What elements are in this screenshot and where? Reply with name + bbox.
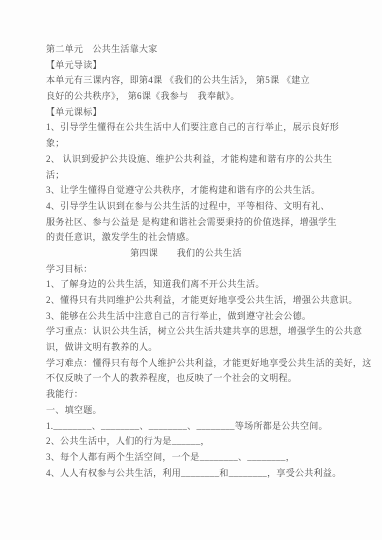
unit-standard-line: 1、引导学生懂得在公共生活中人们要注意自己的言行举止，展示良好形	[46, 120, 376, 136]
unit-standard-line: 服务社区、参与公益是 是构建和谐社会需要秉持的价值选择，增强学生	[46, 215, 376, 231]
unit-standard-line: 的责任意识，激发学生的社会情感。	[46, 230, 376, 246]
unit-standard-line: 活；	[46, 168, 376, 184]
unit-standard-line: 象；	[46, 136, 376, 152]
unit-intro-line: 本单元有三课内容，即第4课 《我们的公共生活》， 第5课 《建立	[46, 73, 376, 89]
unit-title: 第二单元 公共生活靠大家	[46, 42, 376, 58]
document-page: 第二单元 公共生活靠大家 【单元导读】 本单元有三课内容，即第4课 《我们的公共…	[0, 0, 382, 540]
fill-blank-item: 4、人人有权参与公共生活，利用________和________，享受公共利益。	[46, 466, 376, 482]
exercise-section-header: 一、填空题。	[46, 403, 376, 419]
key-point-line: 学习重点：认识公共生活，树立公共生活共建共享的思想，增强学生的公共意	[46, 324, 376, 340]
unit-standard-line: 4、引导学生认识到在参与公共生活的过程中，平等相待、文明有礼、	[46, 199, 376, 215]
lesson-title: 第四课 我们的公共生活	[46, 246, 326, 262]
difficult-point-line: 不仅反映了一个人的教养程度，也反映了一个社会的文明程。	[46, 371, 376, 387]
unit-standard-header: 【单元课标】	[46, 105, 376, 121]
fill-blank-item: 2、公共生活中，人们的行为是______，	[46, 434, 376, 450]
unit-standard-line: 2、 认识到爱护公共设施、维护公共利益，才能构建和谐有序的公共生	[46, 152, 376, 168]
objective-line: 2、懂得只有共同维护公共利益，才能更好地享受公共生活，增强公共意识。	[46, 293, 376, 309]
objectives-header: 学习目标：	[46, 262, 376, 278]
unit-standard-line: 3、让学生懂得自觉遵守公共秩序，才能构建和谐有序的公共生活。	[46, 183, 376, 199]
difficult-point-line: 学习难点：懂得只有每个人维护公共利益，才能更好地享受公共生活的美好，这	[46, 356, 376, 372]
unit-intro-header: 【单元导读】	[46, 58, 376, 74]
fill-blank-item: 3、每个人都有两个生活空间，一个是________、________，	[46, 450, 376, 466]
unit-intro-line: 良好的公共秩序》， 第6课《我参与 我奉献》。	[46, 89, 376, 105]
objective-line: 1、了解身边的公共生活，知道我们离不开公共生活。	[46, 277, 376, 293]
document-content: 第二单元 公共生活靠大家 【单元导读】 本单元有三课内容，即第4课 《我们的公共…	[46, 42, 376, 481]
i-can-header: 我能行：	[46, 387, 376, 403]
key-point-line: 识，做讲文明有教养的人。	[46, 340, 376, 356]
objective-line: 3、能够在公共生活中注意自己的言行举止，做到遵守社会公德。	[46, 309, 376, 325]
fill-blank-item: 1.________、________、________、________等场所…	[46, 419, 376, 435]
